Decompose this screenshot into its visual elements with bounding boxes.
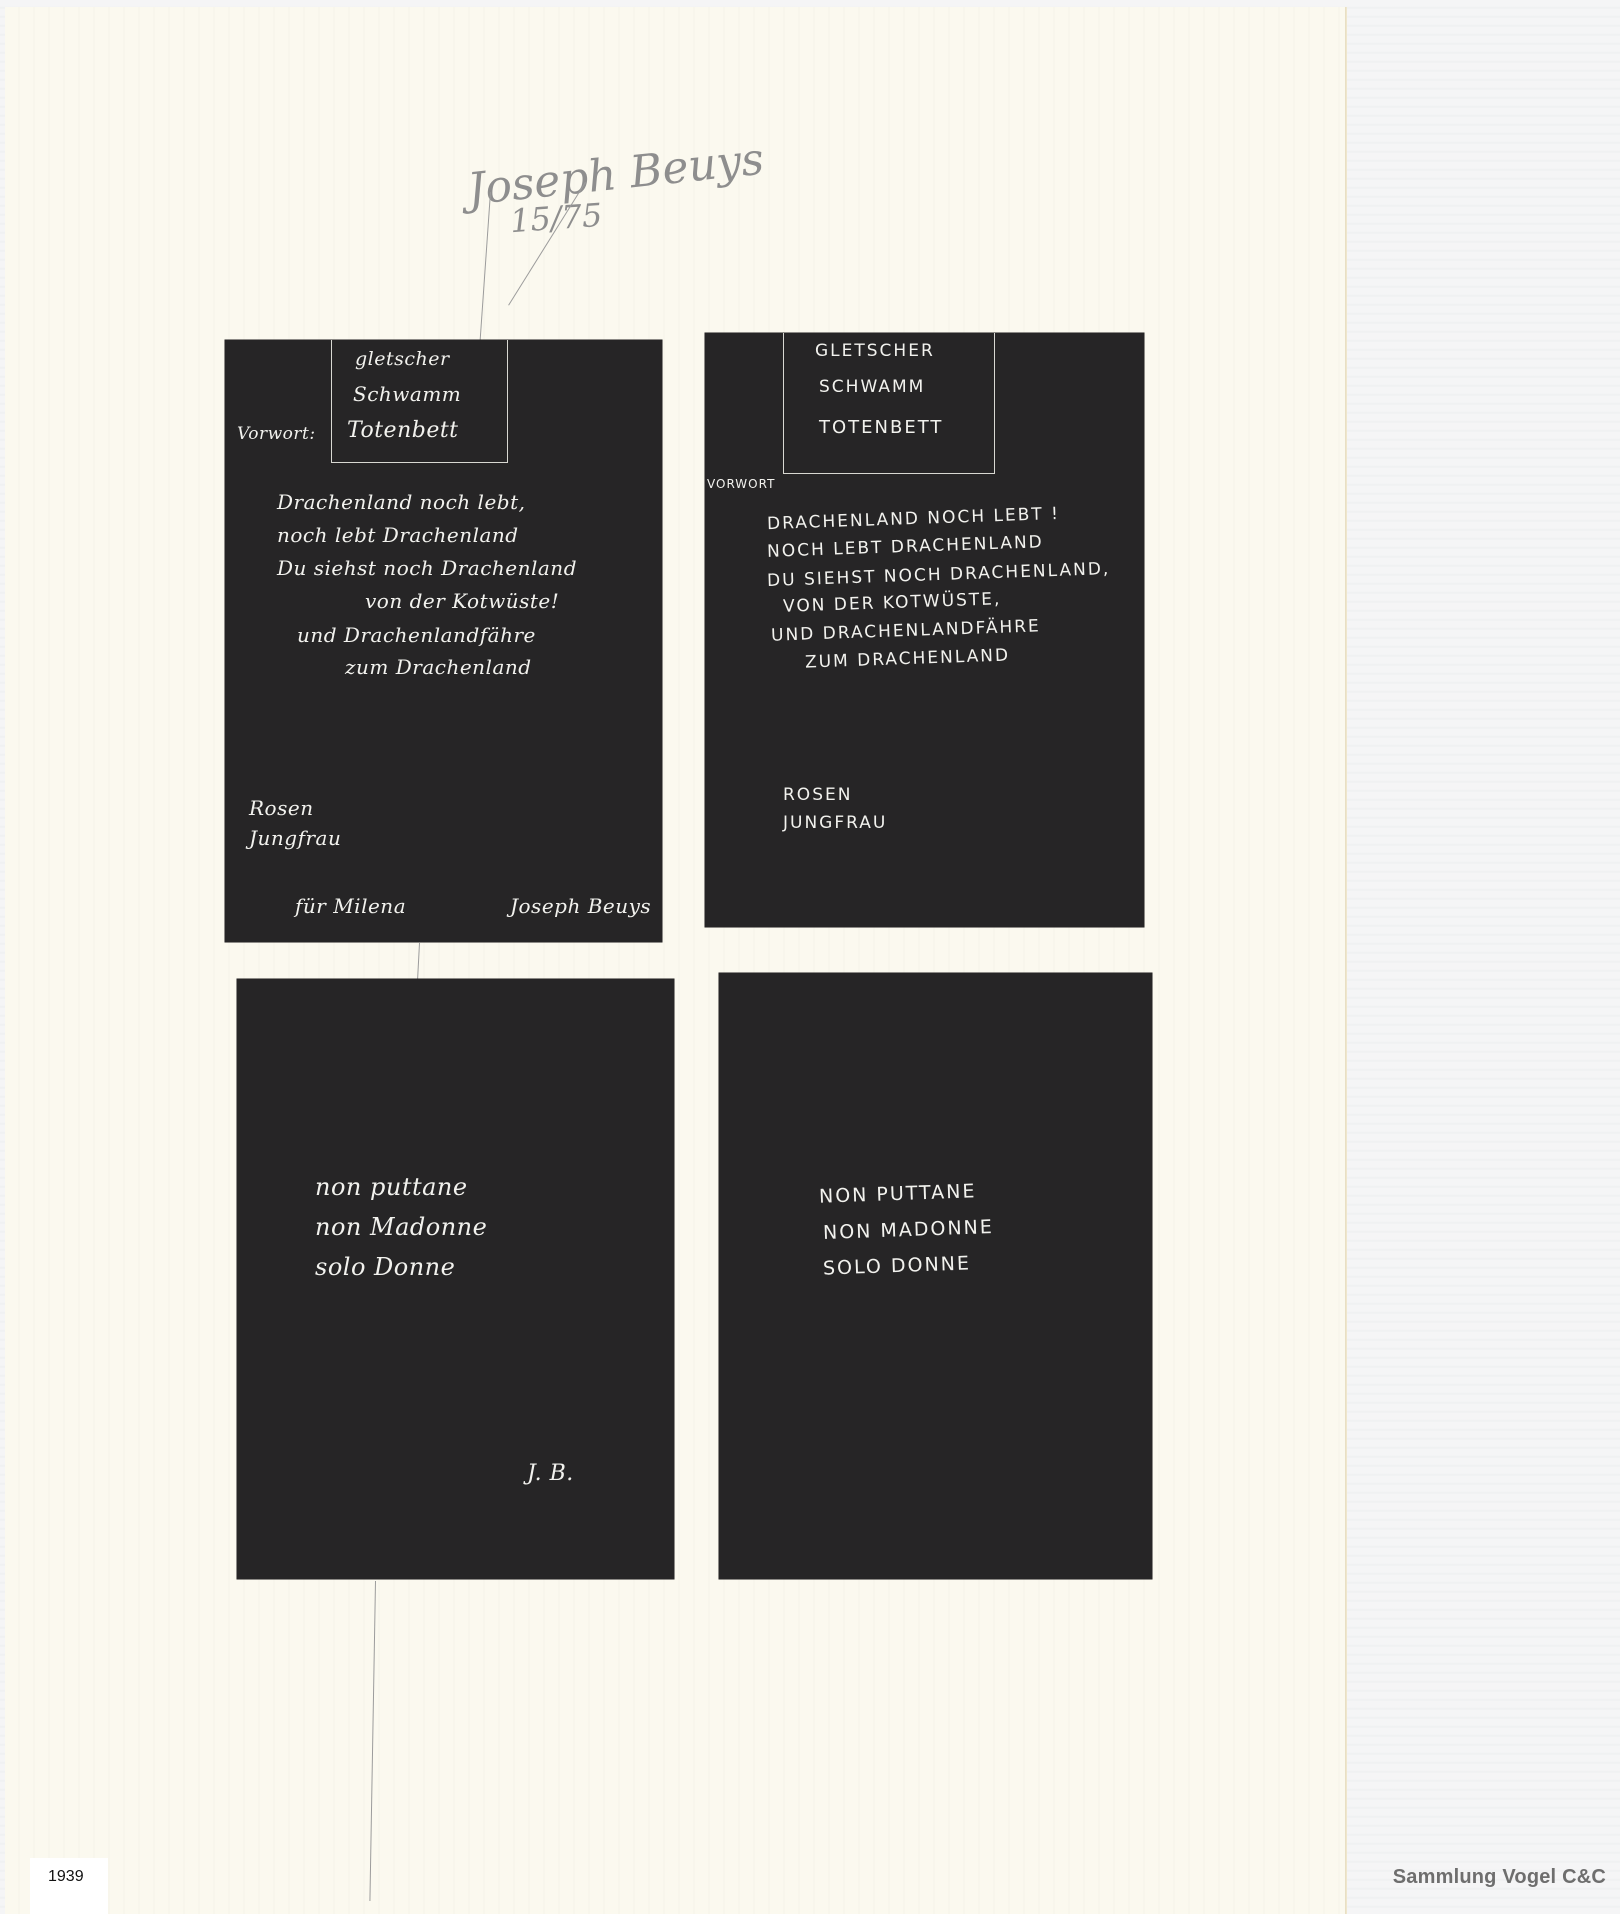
verse-line-2: non Madonne: [315, 1213, 487, 1241]
poem-line-4: von der Kotwüste!: [365, 589, 559, 613]
panel-bottom-right-capitals: NON PUTTANE NON MADONNE SOLO DONNE: [719, 973, 1152, 1579]
poem-line-6: ZUM DRACHENLAND: [805, 645, 1011, 672]
poem-line-1: Drachenland noch lebt,: [277, 490, 525, 514]
poem-line-6: zum Drachenland: [345, 655, 532, 679]
poem-line-4: VON DER KOTWÜSTE,: [783, 589, 1002, 617]
catalog-number: 1939: [48, 1868, 84, 1886]
panel-bottom-left-handwritten: non puttane non Madonne solo Donne J. B.: [237, 979, 674, 1579]
box-line-1: GLETSCHER: [815, 341, 935, 361]
collection-label: Sammlung Vogel C&C: [1393, 1866, 1606, 1889]
verse-line-1: non puttane: [315, 1173, 468, 1201]
box-line-3: TOTENBETT: [819, 417, 943, 438]
verse-line-1: NON PUTTANE: [819, 1180, 977, 1207]
panel-top-left-handwritten: gletscher Schwamm Totenbett Vorwort: Dra…: [225, 340, 662, 942]
poem-line-2: NOCH LEBT DRACHENLAND: [767, 532, 1044, 562]
footer-line-rosen: ROSEN: [783, 785, 852, 805]
footer-line-jungfrau: Jungfrau: [249, 826, 341, 850]
box-line-2: Schwamm: [353, 382, 461, 406]
pencil-stroke-upper: [479, 192, 491, 352]
poem-line-3: DU SIEHST NOCH DRACHENLAND,: [767, 559, 1111, 591]
verse-line-3: solo Donne: [315, 1253, 455, 1281]
dedication: für Milena: [295, 894, 406, 918]
box-line-1: gletscher: [355, 348, 450, 370]
panel-top-right-capitals: GLETSCHER SCHWAMM TOTENBETT VORWORT DRAC…: [705, 333, 1144, 927]
verse-line-2: NON MADONNE: [823, 1216, 994, 1244]
poem-line-1: DRACHENLAND NOCH LEBT !: [767, 504, 1061, 534]
vorwort-label: Vorwort:: [237, 424, 316, 444]
initials: J. B.: [527, 1461, 574, 1486]
poem-line-5: und Drachenlandfähre: [297, 623, 536, 647]
poem-line-3: Du siehst noch Drachenland: [277, 556, 577, 580]
paper-sheet: Joseph Beuys 15/75 gletscher Schwamm Tot…: [5, 7, 1345, 1914]
poem-line-2: noch lebt Drachenland: [277, 523, 519, 547]
box-line-2: SCHWAMM: [819, 377, 925, 397]
pencil-stroke-lower: [369, 1581, 376, 1901]
poem-line-5: UND DRACHENLANDFÄHRE: [771, 616, 1041, 645]
catalog-number-label: 1939: [30, 1858, 108, 1914]
vorwort-label: VORWORT: [707, 477, 775, 491]
verse-line-3: SOLO DONNE: [823, 1252, 972, 1279]
edition-number: 15/75: [509, 196, 604, 240]
footer-line-rosen: Rosen: [249, 796, 314, 820]
footer-line-jungfrau: JUNGFRAU: [783, 813, 887, 833]
artist-signature: Joseph Beuys: [510, 894, 651, 918]
box-line-3: Totenbett: [347, 418, 459, 443]
